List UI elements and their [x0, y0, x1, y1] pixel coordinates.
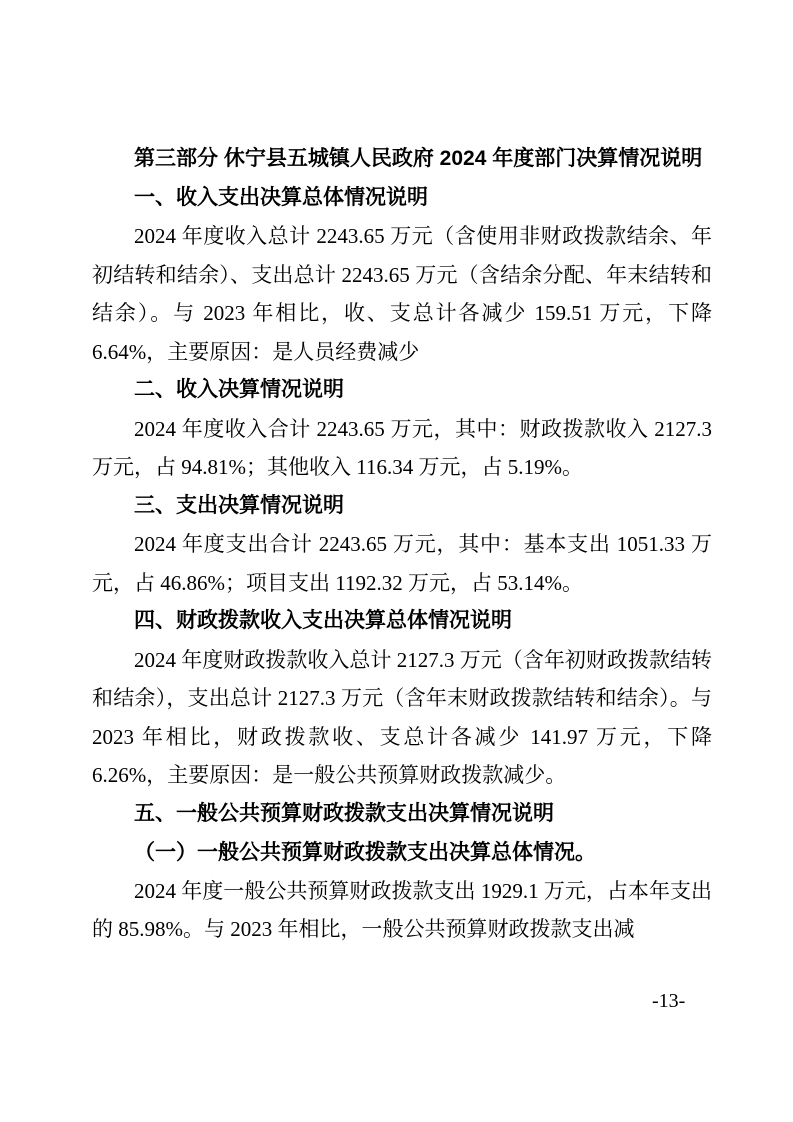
paragraph-general-public-budget-expenditure: 2024 年度一般公共预算财政拨款支出 1929.1 万元，占本年支出的 85.… — [92, 872, 712, 949]
subsection-heading-general-public-budget-overall: （一）一般公共预算财政拨款支出决算总体情况。 — [92, 833, 712, 872]
section-heading-fiscal-appropriation-overall: 四、财政拨款收入支出决算总体情况说明 — [92, 602, 712, 641]
page-number: -13- — [652, 989, 685, 1013]
document-title: 第三部分 休宁县五城镇人民政府 2024 年度部门决算情况说明 — [92, 140, 712, 179]
section-heading-income-expenditure-overall: 一、收入支出决算总体情况说明 — [92, 179, 712, 218]
section-heading-general-public-budget-expenditure: 五、一般公共预算财政拨款支出决算情况说明 — [92, 795, 712, 834]
paragraph-income-expenditure-overall: 2024 年度收入总计 2243.65 万元（含使用非财政拨款结余、年初结转和结… — [92, 217, 712, 371]
paragraph-expenditure-final-accounts: 2024 年度支出合计 2243.65 万元，其中：基本支出 1051.33 万… — [92, 525, 712, 602]
paragraph-fiscal-appropriation-overall: 2024 年度财政拨款收入总计 2127.3 万元（含年初财政拨款结转和结余），… — [92, 641, 712, 795]
section-heading-income-final-accounts: 二、收入决算情况说明 — [92, 371, 712, 410]
paragraph-income-final-accounts: 2024 年度收入合计 2243.65 万元，其中：财政拨款收入 2127.3 … — [92, 410, 712, 487]
document-content: 第三部分 休宁县五城镇人民政府 2024 年度部门决算情况说明 一、收入支出决算… — [92, 140, 712, 949]
section-heading-expenditure-final-accounts: 三、支出决算情况说明 — [92, 487, 712, 526]
document-page: 第三部分 休宁县五城镇人民政府 2024 年度部门决算情况说明 一、收入支出决算… — [0, 0, 793, 1122]
